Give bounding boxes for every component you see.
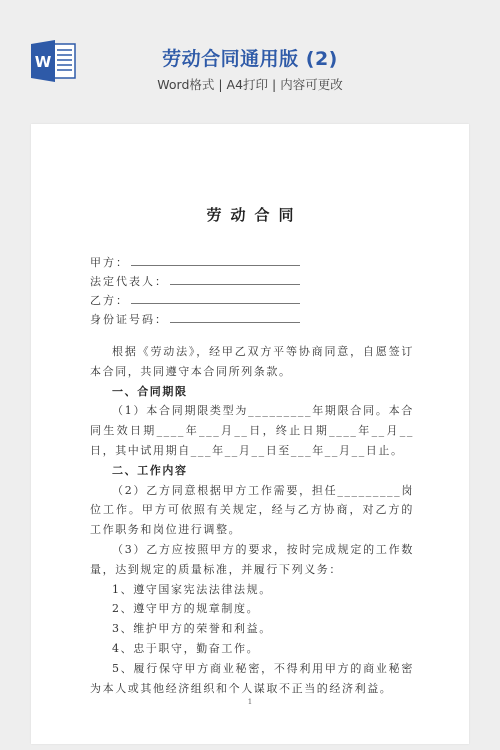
work-paragraph-2: （3）乙方应按照甲方的要求，按时完成规定的工作数量，达到规定的质量标准，并履行下…	[90, 540, 414, 580]
field-blank-line	[131, 255, 300, 266]
field-blank-line	[170, 274, 300, 285]
section-heading-term: 一、合同期限	[90, 382, 414, 402]
header-subtitle: Word格式 | A4打印 | 内容可更改	[0, 75, 500, 93]
intro-paragraph: 根据《劳动法》，经甲乙双方平等协商同意，自愿签订本合同，共同遵守本合同所列条款。	[90, 342, 414, 382]
field-party-a: 甲方：	[90, 251, 300, 270]
section-heading-work: 二、工作内容	[90, 461, 414, 481]
list-item: 1、遵守国家宪法法律法规。	[90, 580, 414, 600]
field-label: 身份证号码：	[90, 311, 168, 327]
list-item: 3、维护甲方的荣誉和利益。	[90, 619, 414, 639]
party-fields: 甲方： 法定代表人： 乙方： 身份证号码：	[90, 251, 300, 327]
header: W 劳动合同通用版 (2) Word格式 | A4打印 | 内容可更改	[0, 0, 500, 120]
work-paragraph-1: （2）乙方同意根据甲方工作需要，担任_________岗位工作。甲方可依照有关规…	[90, 481, 414, 540]
document-title: 劳动合同	[31, 204, 469, 225]
term-paragraph: （1）本合同期限类型为_________年期限合同。本合同生效日期____年__…	[90, 401, 414, 460]
field-party-b: 乙方：	[90, 289, 300, 308]
list-item: 5、履行保守甲方商业秘密，不得利用甲方的商业秘密为本人或其他经济组织和个人谋取不…	[90, 659, 414, 699]
field-blank-line	[131, 293, 300, 304]
field-label: 甲方：	[90, 254, 129, 270]
document-page: 劳动合同 甲方： 法定代表人： 乙方： 身份证号码： 根据《劳动法》，经甲乙双方…	[31, 124, 469, 744]
document-body: 根据《劳动法》，经甲乙双方平等协商同意，自愿签订本合同，共同遵守本合同所列条款。…	[90, 342, 414, 698]
list-item: 4、忠于职守，勤奋工作。	[90, 639, 414, 659]
field-label: 乙方：	[90, 292, 129, 308]
list-item: 2、遵守甲方的规章制度。	[90, 599, 414, 619]
field-label: 法定代表人：	[90, 273, 168, 289]
field-blank-line	[170, 312, 300, 323]
page-number: 1	[31, 698, 469, 706]
field-legal-rep: 法定代表人：	[90, 270, 300, 289]
header-title: 劳动合同通用版 (2)	[0, 44, 500, 71]
field-id-number: 身份证号码：	[90, 308, 300, 327]
